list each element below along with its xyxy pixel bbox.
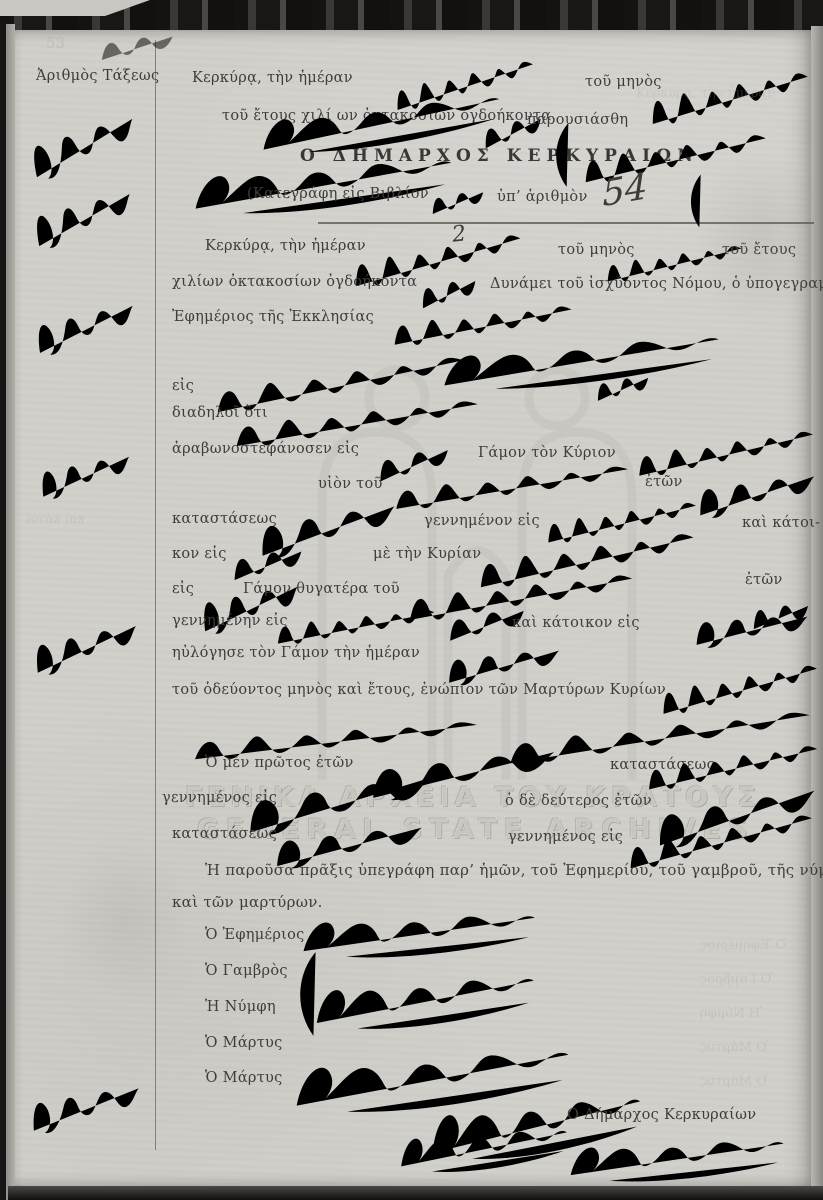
act-year-continued-label: χιλίων ὀκτακοσίων ὀγδοήκοντα	[172, 274, 417, 290]
act-second-witness-label: ὁ δὲ δεύτερος ἐτῶν	[505, 793, 652, 809]
act-resident-f-label: καὶ κάτοικον εἰς	[512, 615, 640, 631]
act-closing-line2: καὶ τῶν μαρτύρων.	[172, 893, 323, 911]
act-blessed-label: ηὐλόγησε τὸν Γάμον τὴν ἡμέραν	[172, 645, 420, 661]
bride-signature-label: Ἡ Νύμφη	[205, 999, 276, 1015]
flourish-stroke	[682, 172, 706, 230]
act-born2-label: γεννημένος εἰς	[508, 829, 623, 845]
act-law-clause-label: Δυνάμει τοῦ ἰσχύοντος Νόμου, ὁ ὑπογεγραμ…	[490, 276, 823, 292]
act-closing-line1: Ἡ παροῦσα πρᾶξις ὑπεγράφη παρ’ ἡμῶν, τοῦ…	[205, 861, 823, 879]
act-betrothed-label: ἀραβωνοστεφάνοσεν εἰς	[172, 441, 359, 457]
bleed-through-label: Ὁ Μάρτυς	[700, 1074, 767, 1089]
page-left-margin-shadow	[6, 24, 15, 1200]
reg-recorded-label: (Κατεγράφη εἰς Βιβλίον	[247, 186, 429, 202]
act-of-year-label: τοῦ ἔτους	[722, 242, 796, 258]
act-resident-hyph-label: καὶ κάτοι-	[742, 515, 820, 531]
act-age2-label: ἐτῶν	[745, 572, 783, 588]
witness1-signature-label: Ὁ Μάρτυς	[205, 1035, 283, 1051]
act-witnesses-label: τοῦ ὁδεύοντος μηνὸς καὶ ἔτους, ἐνώπιον τ…	[172, 682, 666, 698]
reg-presented-label: παρουσιάσθη	[527, 112, 628, 128]
act-status3-label: καταστάσεως	[172, 826, 277, 842]
act-priest-of-church-label: Ἐφημέριος τῆς Ἐκκλησίας	[172, 309, 374, 325]
act-at-label: εἰς	[172, 378, 194, 394]
handwritten-book-number: 54	[602, 166, 649, 215]
act-with-lady-label: μὲ τὴν Κυρίαν	[373, 546, 481, 562]
act-place-day-label: Κερκύρᾳ, τὴν ἡμέραν	[205, 238, 366, 254]
act-born-label: γεννημένον εἰς	[424, 513, 540, 529]
reg-place-day-label: Κερκύρᾳ, τὴν ἡμέραν	[192, 70, 353, 86]
reg-under-number-label: ὑπ’ ἀριθμὸν	[497, 189, 588, 205]
flourish-stroke	[545, 120, 575, 190]
bleed-through-fragment: καὶ κάτοι	[26, 512, 84, 526]
margin-column-rule	[155, 40, 156, 1150]
section-divider-rule	[318, 222, 814, 224]
bleed-through-label: Ὁ Γαμβρὸς	[700, 972, 772, 987]
bleed-through-label: Ἡ Νύμφη	[700, 1006, 762, 1021]
groom-signature-label: Ὁ Γαμβρὸς	[205, 963, 288, 979]
bleed-through-label: Ὁ Μάρτυς	[700, 1040, 767, 1055]
pencil-page-number: 53	[46, 34, 65, 52]
act-age-label: ἐτῶν	[645, 474, 683, 490]
bleed-through-label: Ὁ Ἐφημέριος	[700, 938, 786, 953]
act-first-witness-label: Ὁ μὲν πρῶτος ἐτῶν	[205, 755, 354, 771]
scan-bottom-edge	[8, 1186, 823, 1200]
act-resident-cont-label: κον εἰς	[172, 546, 227, 562]
bleed-through-text: Κερκύρᾳ, τὴν ἡμέραν	[636, 86, 775, 101]
mayor-signature-label: Ο Δήμαρχος Κερκυραίων	[567, 1107, 756, 1123]
witness2-signature-label: Ὁ Μάρτυς	[205, 1070, 283, 1086]
act-daughter-label: Γάμον θυγατέρα τοῦ	[243, 581, 400, 597]
scanned-marriage-record: ΓΕΝΙΚΑ ΑΡΧΕΙΑ ΤΟΥ ΚΡΑΤΟΥΣ GENERAL STATE …	[0, 0, 823, 1200]
priest-signature-label: Ὁ Ἐφημέριος	[205, 927, 305, 943]
